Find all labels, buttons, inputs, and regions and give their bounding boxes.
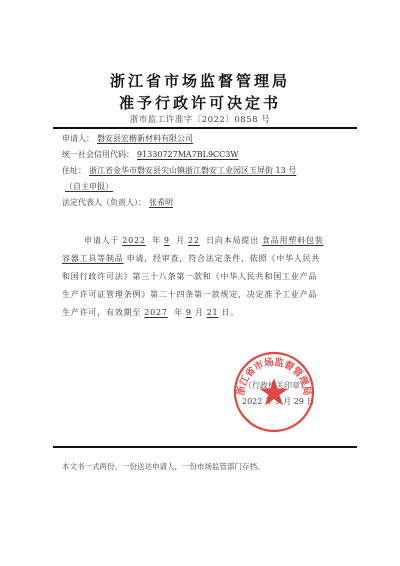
valid-year: 2027 — [141, 308, 171, 317]
credit-code-value: 91330727MA7BL9CC3W — [134, 150, 242, 159]
body-line-1: 申请人于2022 年9 月22 日向本局提出食品用塑料包装 — [84, 235, 327, 247]
decision-document: 浙江省市场监督管理局 准予行政许可决定书 浙市监工许准字〔2022〕0858 号… — [0, 0, 400, 566]
product-name-part2: 容器工具等制品 — [62, 254, 127, 263]
applicant-label: 申请人： — [62, 134, 94, 143]
product-name-part1: 食品用塑料包装 — [259, 236, 327, 245]
apply-day: 22 — [185, 236, 203, 245]
address-row: 住址：浙江省金华市磐安县尖山镇浙江磐安工业园区玉屏街 13 号 — [62, 165, 299, 177]
valid-month: 9 — [183, 308, 195, 317]
copies-note: 本文书一式两份。一份送达申请人，一份市场监管部门存档。 — [62, 461, 265, 472]
applicant-row: 申请人：磐安县宏楷新材料有限公司 — [62, 133, 196, 145]
legal-rep-value: 张希明 — [146, 198, 176, 207]
address-value-line2: （自主申报） — [62, 182, 116, 191]
address-row-cont: （自主申报） — [62, 181, 116, 193]
legal-rep-row: 法定代表人（负责人）：张希明 — [62, 197, 176, 209]
address-value-line1: 浙江省金华市磐安县尖山镇浙江磐安工业园区玉屏街 13 号 — [86, 166, 299, 175]
credit-code-label: 统一社会信用代码： — [62, 150, 134, 159]
body-line-2: 容器工具等制品申请，经审查，符合法定条件，依照《中华人民共 — [62, 253, 320, 265]
applicant-value: 磐安县宏楷新材料有限公司 — [94, 134, 196, 143]
address-label: 住址： — [62, 166, 86, 175]
apply-month: 9 — [161, 236, 173, 245]
top-divider — [53, 127, 357, 129]
issuing-authority-title: 浙江省市场监督管理局 — [0, 70, 400, 91]
body-line-4: 生产许可证管理条例》第二十四条第一款规定，决定准予工业产品 — [62, 289, 317, 301]
document-number: 浙市监工许准字〔2022〕0858 号 — [0, 113, 400, 125]
body-line-3: 和国行政许可法》第三十八条第一款和《中华人民共和国工业产品 — [62, 271, 317, 283]
apply-year: 2022 — [119, 236, 149, 245]
legal-rep-label: 法定代表人（负责人）： — [62, 198, 146, 207]
credit-code-row: 统一社会信用代码：91330727MA7BL9CC3W — [62, 149, 242, 161]
document-title: 准予行政许可决定书 — [0, 92, 400, 113]
bottom-divider — [53, 446, 357, 448]
body-line-5: 生产许可，有效期至2027 年9月21日。 — [62, 307, 239, 319]
official-seal-icon: 浙江省市场监督管理局 — [232, 350, 316, 434]
valid-day: 21 — [204, 308, 222, 317]
